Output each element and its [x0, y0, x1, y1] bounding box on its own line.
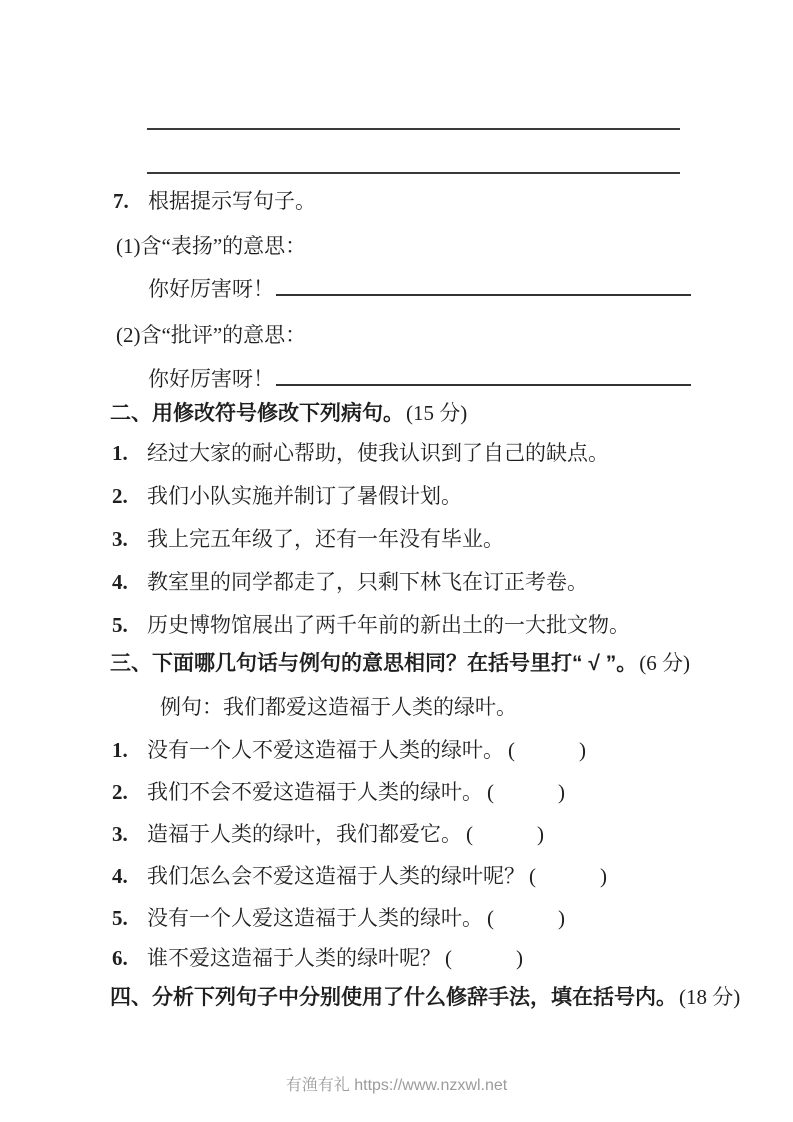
list-item-text: 没有一个人爱这造福于人类的绿叶。	[147, 906, 483, 930]
bracket-open: (	[508, 738, 515, 762]
bracket-close: )	[537, 822, 544, 846]
list-item-text: 没有一个人不爱这造福于人类的绿叶。	[147, 738, 504, 762]
answer-line	[276, 379, 691, 386]
list-item-number: 3.	[112, 527, 147, 552]
list-item-text: 我们小队实施并制订了暑假计划。	[147, 484, 462, 508]
sub-question-label: (1)	[116, 234, 141, 258]
list-item: 1.没有一个人不爱这造福于人类的绿叶。()	[112, 738, 586, 763]
list-item-text: 教室里的同学都走了，只剩下林飞在订正考卷。	[147, 570, 588, 594]
answer-line	[276, 289, 691, 296]
list-item-number: 4.	[112, 864, 147, 889]
bracket-close: )	[516, 946, 523, 970]
sub-question-text: 含“批评”的意思：	[141, 323, 307, 347]
list-item-number: 5.	[112, 906, 147, 931]
bracket-close: )	[558, 906, 565, 930]
worksheet-page: 7.根据提示写句子。 (1)含“表扬”的意思： 你好厉害呀！ (2)含“批评”的…	[0, 0, 793, 1122]
answer-prompt-2: 你好厉害呀！	[148, 367, 691, 392]
list-item: 6.谁不爱这造福于人类的绿叶呢？()	[112, 946, 523, 971]
bracket-open: (	[445, 946, 452, 970]
list-item-text: 我们怎么会不爱这造福于人类的绿叶呢？	[147, 864, 525, 888]
answer-bracket: ()	[487, 906, 565, 930]
list-item-number: 3.	[112, 822, 147, 847]
list-item-text: 我上完五年级了，还有一年没有毕业。	[147, 527, 504, 551]
list-item-number: 2.	[112, 780, 147, 805]
example-text: 例句：我们都爱这造福于人类的绿叶。	[160, 695, 517, 719]
list-item-number: 6.	[112, 946, 147, 971]
list-item: 5.没有一个人爱这造福于人类的绿叶。()	[112, 906, 565, 931]
bracket-close: )	[579, 738, 586, 762]
list-item-number: 5.	[112, 613, 147, 638]
list-item-number: 1.	[112, 738, 147, 763]
writing-line	[147, 172, 680, 174]
sub-question-label: (2)	[116, 323, 141, 347]
list-item: 3.造福于人类的绿叶，我们都爱它。()	[112, 822, 544, 847]
section-heading-text: 四、分析下列句子中分别使用了什么修辞手法，填在括号内。	[110, 986, 677, 1009]
footer-watermark: 有渔有礼 https://www.nzxwl.net	[0, 1072, 793, 1095]
answer-prompt-text: 你好厉害呀！	[148, 277, 274, 301]
list-item: 2.我们小队实施并制订了暑假计划。	[112, 484, 462, 509]
section-3-heading: 三、下面哪几句话与例句的意思相同？在括号里打“ √ ”。(6 分)	[110, 651, 690, 676]
answer-bracket: ()	[466, 822, 544, 846]
writing-line	[147, 128, 680, 130]
list-item-text: 历史博物馆展出了两千年前的新出土的一大批文物。	[147, 613, 630, 637]
bracket-close: )	[558, 780, 565, 804]
bracket-open: (	[487, 780, 494, 804]
section-heading-text: 三、下面哪几句话与例句的意思相同？在括号里打“ √ ”。	[110, 652, 637, 675]
sub-question-text: 含“表扬”的意思：	[141, 234, 307, 258]
answer-prompt-1: 你好厉害呀！	[148, 277, 691, 302]
bracket-open: (	[529, 864, 536, 888]
sub-question-1: (1)含“表扬”的意思：	[116, 234, 306, 259]
answer-prompt-text: 你好厉害呀！	[148, 367, 274, 391]
list-item-text: 我们不会不爱这造福于人类的绿叶。	[147, 780, 483, 804]
list-item-number: 1.	[112, 441, 147, 466]
answer-bracket: ()	[445, 946, 523, 970]
bracket-open: (	[487, 906, 494, 930]
answer-bracket: ()	[529, 864, 607, 888]
section-score: (18 分)	[679, 985, 740, 1009]
question-7: 7.根据提示写句子。	[113, 189, 316, 214]
section-score: (6 分)	[639, 651, 690, 675]
list-item: 5.历史博物馆展出了两千年前的新出土的一大批文物。	[112, 613, 630, 638]
answer-bracket: ()	[487, 780, 565, 804]
list-item-text: 经过大家的耐心帮助，使我认识到了自己的缺点。	[147, 441, 609, 465]
footer-text: 有渔有礼 https://www.nzxwl.net	[286, 1077, 507, 1094]
list-item-number: 2.	[112, 484, 147, 509]
list-item-text: 造福于人类的绿叶，我们都爱它。	[147, 822, 462, 846]
question-number: 7.	[113, 189, 148, 214]
section-heading-text: 二、用修改符号修改下列病句。	[110, 402, 404, 425]
list-item: 4.教室里的同学都走了，只剩下林飞在订正考卷。	[112, 570, 588, 595]
list-item-text: 谁不爱这造福于人类的绿叶呢？	[147, 946, 441, 970]
section-4-heading: 四、分析下列句子中分别使用了什么修辞手法，填在括号内。(18 分)	[110, 985, 740, 1010]
list-item-number: 4.	[112, 570, 147, 595]
question-text: 根据提示写句子。	[148, 189, 316, 213]
section-2-heading: 二、用修改符号修改下列病句。(15 分)	[110, 401, 467, 426]
sub-question-2: (2)含“批评”的意思：	[116, 323, 306, 348]
answer-bracket: ()	[508, 738, 586, 762]
bracket-close: )	[600, 864, 607, 888]
bracket-open: (	[466, 822, 473, 846]
list-item: 1.经过大家的耐心帮助，使我认识到了自己的缺点。	[112, 441, 609, 466]
section-score: (15 分)	[406, 401, 467, 425]
list-item: 2.我们不会不爱这造福于人类的绿叶。()	[112, 780, 565, 805]
list-item: 3.我上完五年级了，还有一年没有毕业。	[112, 527, 504, 552]
list-item: 4.我们怎么会不爱这造福于人类的绿叶呢？()	[112, 864, 607, 889]
example-sentence: 例句：我们都爱这造福于人类的绿叶。	[160, 695, 517, 720]
